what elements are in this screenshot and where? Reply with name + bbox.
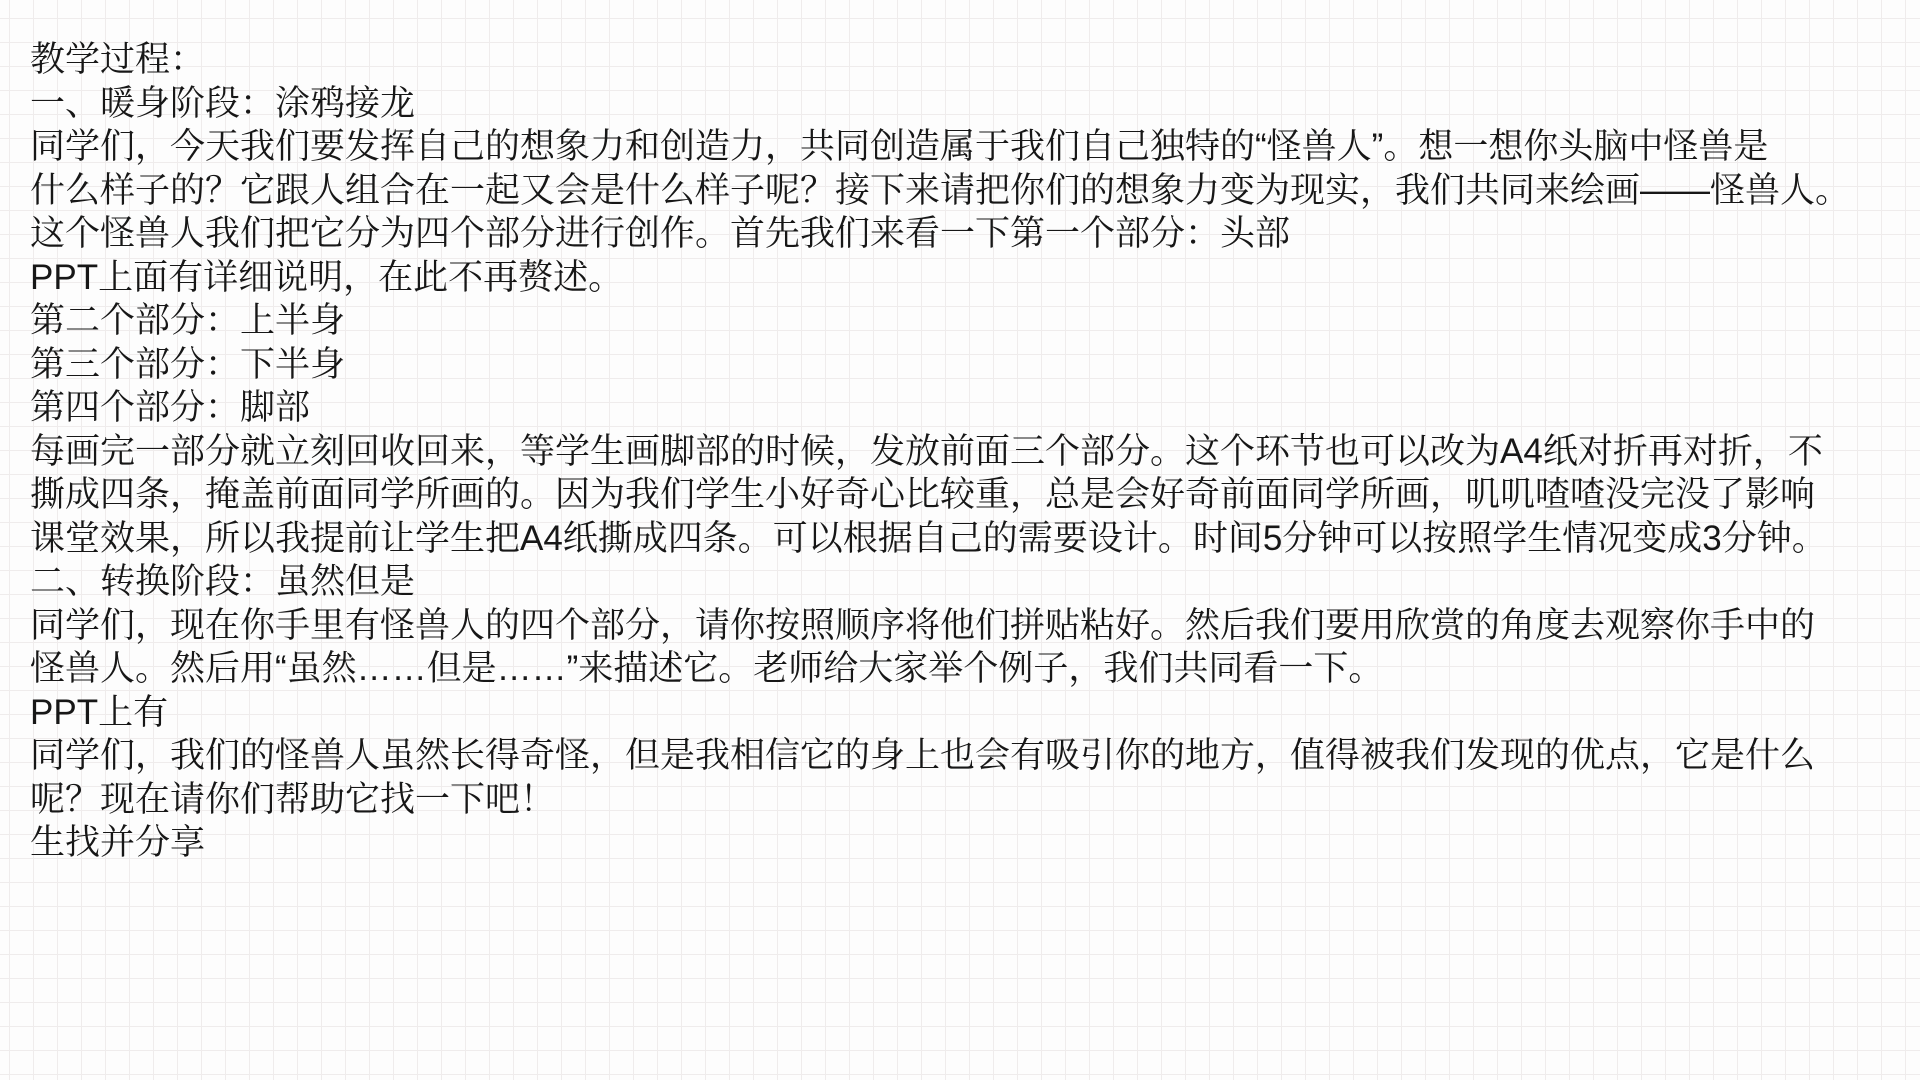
grid-paper-background: 教学过程：一、暖身阶段：涂鸦接龙同学们，今天我们要发挥自己的想象力和创造力，共同… bbox=[0, 0, 1920, 1080]
text-line: 教学过程： bbox=[30, 38, 1898, 82]
text-line: 第四个部分：脚部 bbox=[30, 386, 1898, 430]
document-body: 教学过程：一、暖身阶段：涂鸦接龙同学们，今天我们要发挥自己的想象力和创造力，共同… bbox=[30, 38, 1898, 865]
text-line: 怪兽人。然后用“虽然……但是……”来描述它。老师给大家举个例子，我们共同看一下。 bbox=[30, 647, 1898, 691]
text-line: 同学们，今天我们要发挥自己的想象力和创造力，共同创造属于我们自己独特的“怪兽人”… bbox=[30, 125, 1898, 169]
text-line: 二、转换阶段：虽然但是 bbox=[30, 560, 1898, 604]
text-line: 什么样子的？它跟人组合在一起又会是什么样子呢？接下来请把你们的想象力变为现实，我… bbox=[30, 169, 1898, 213]
text-line: 撕成四条，掩盖前面同学所画的。因为我们学生小好奇心比较重，总是会好奇前面同学所画… bbox=[30, 473, 1898, 517]
text-line: 课堂效果，所以我提前让学生把A4纸撕成四条。可以根据自己的需要设计。时间5分钟可… bbox=[30, 517, 1898, 561]
text-line: 一、暖身阶段：涂鸦接龙 bbox=[30, 82, 1898, 126]
text-line: PPT上有 bbox=[30, 691, 1898, 735]
text-line: 同学们，我们的怪兽人虽然长得奇怪，但是我相信它的身上也会有吸引你的地方，值得被我… bbox=[30, 734, 1898, 778]
text-line: 第二个部分：上半身 bbox=[30, 299, 1898, 343]
text-line: 每画完一部分就立刻回收回来，等学生画脚部的时候，发放前面三个部分。这个环节也可以… bbox=[30, 430, 1898, 474]
text-line: 同学们，现在你手里有怪兽人的四个部分，请你按照顺序将他们拼贴粘好。然后我们要用欣… bbox=[30, 604, 1898, 648]
text-line: 这个怪兽人我们把它分为四个部分进行创作。首先我们来看一下第一个部分：头部 bbox=[30, 212, 1898, 256]
text-line: 第三个部分：下半身 bbox=[30, 343, 1898, 387]
text-line: 呢？现在请你们帮助它找一下吧！ bbox=[30, 778, 1898, 822]
text-line: 生找并分享 bbox=[30, 821, 1898, 865]
text-line: PPT上面有详细说明，在此不再赘述。 bbox=[30, 256, 1898, 300]
